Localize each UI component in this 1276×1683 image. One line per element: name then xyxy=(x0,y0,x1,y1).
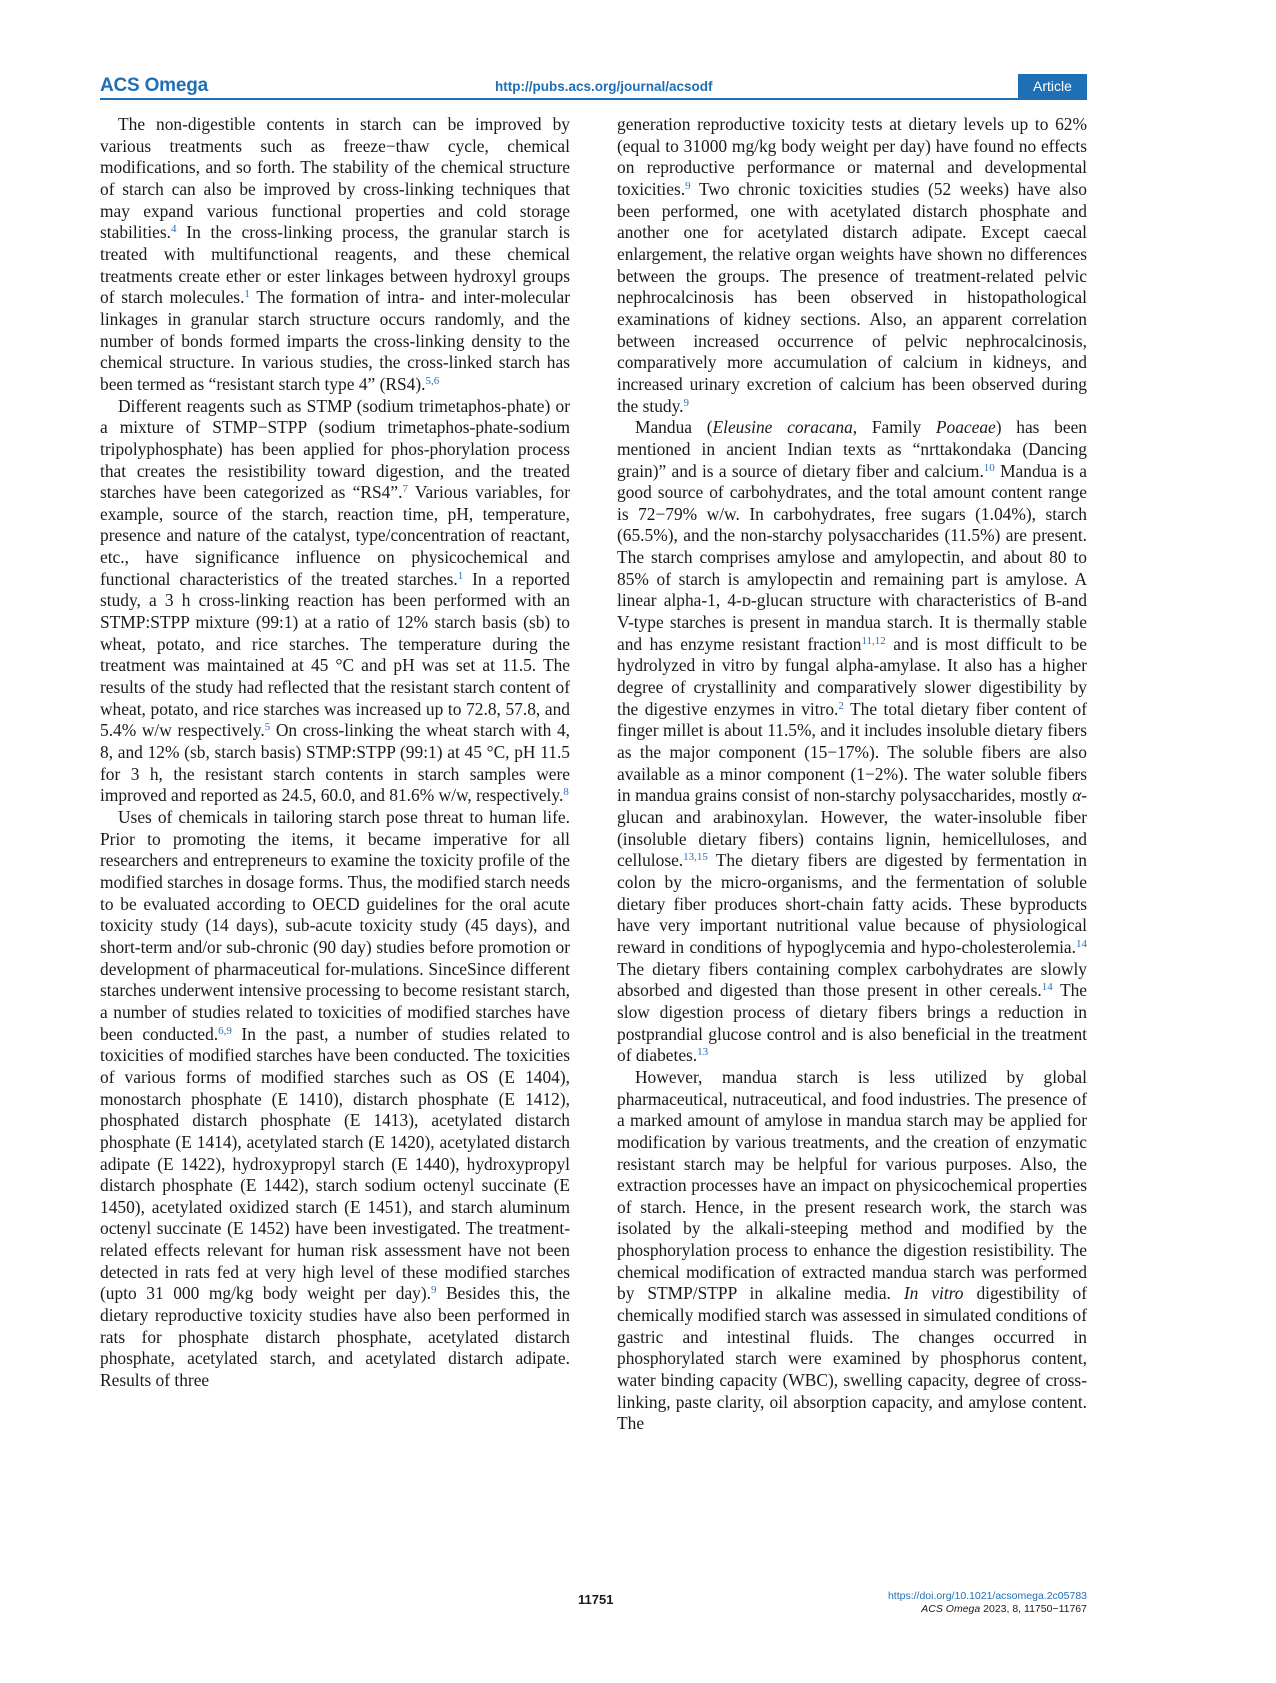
paragraph-text: The dietary fibers are digested by ferme… xyxy=(617,850,1087,957)
paragraph-text: The dietary fibers containing complex ca… xyxy=(617,959,1087,1001)
citation-reference-link[interactable]: 14 xyxy=(1042,981,1053,993)
journal-name: ACS Omega xyxy=(100,74,208,98)
doi-link[interactable]: https://doi.org/10.1021/acsomega.2c05783 xyxy=(888,1590,1087,1603)
citation-reference-link[interactable]: 13 xyxy=(697,1046,708,1058)
citation-reference-link[interactable]: 5,6 xyxy=(425,375,439,387)
body-paragraph: Different reagents such as STMP (sodium … xyxy=(100,396,570,807)
paragraph-text: In a reported study, a 3 h cross-linking… xyxy=(100,569,570,741)
paragraph-text: , Family xyxy=(853,417,936,437)
paragraph-text: Two chronic toxicities studies (52 weeks… xyxy=(617,179,1087,416)
citation-reference-link[interactable]: 11,12 xyxy=(861,635,885,647)
citation-reference-link[interactable]: 8 xyxy=(563,786,569,798)
italic-text: Eleusine coracana xyxy=(713,417,853,437)
italic-text: In vitro xyxy=(904,1283,964,1303)
citation-volume-pages: 2023, 8, 11750−11767 xyxy=(980,1603,1087,1615)
journal-citation: ACS Omega 2023, 8, 11750−11767 xyxy=(888,1603,1087,1616)
running-header: ACS Omega http://pubs.acs.org/journal/ac… xyxy=(100,74,1087,100)
left-text-column: The non-digestible contents in starch ca… xyxy=(100,114,570,1392)
paragraph-text: Mandua ( xyxy=(635,417,713,437)
body-paragraph: generation reproductive toxicity tests a… xyxy=(617,114,1087,417)
body-paragraph: Mandua (Eleusine coracana, Family Poacea… xyxy=(617,417,1087,1067)
citation-reference-link[interactable]: 9 xyxy=(684,397,690,409)
page-number: 11751 xyxy=(578,1592,613,1607)
paragraph-text: In the past, a number of studies related… xyxy=(100,1024,570,1304)
footer-citation-block: https://doi.org/10.1021/acsomega.2c05783… xyxy=(888,1590,1087,1616)
paragraph-text: Uses of chemicals in tailoring starch po… xyxy=(100,807,570,1044)
paragraph-text: Mandua is a good source of carbohydrates… xyxy=(617,461,1087,654)
article-type-badge: Article xyxy=(1018,74,1087,99)
citation-reference-link[interactable]: 10 xyxy=(984,462,995,474)
body-paragraph: Uses of chemicals in tailoring starch po… xyxy=(100,807,570,1392)
body-paragraph: However, mandua starch is less utilized … xyxy=(617,1067,1087,1435)
paragraph-text: digestibility of chemically modified sta… xyxy=(617,1283,1087,1433)
paragraph-text: However, mandua starch is less utilized … xyxy=(617,1067,1087,1304)
citation-reference-link[interactable]: 14 xyxy=(1076,938,1087,950)
right-text-column: generation reproductive toxicity tests a… xyxy=(617,114,1087,1435)
citation-journal-name: ACS Omega xyxy=(921,1603,980,1615)
italic-text: Poaceae xyxy=(936,417,996,437)
body-paragraph: The non-digestible contents in starch ca… xyxy=(100,114,570,396)
italic-text: α xyxy=(1072,785,1081,805)
citation-reference-link[interactable]: 13,15 xyxy=(683,851,708,863)
citation-reference-link[interactable]: 6,9 xyxy=(218,1025,232,1037)
journal-url-link[interactable]: http://pubs.acs.org/journal/acsodf xyxy=(495,76,713,98)
